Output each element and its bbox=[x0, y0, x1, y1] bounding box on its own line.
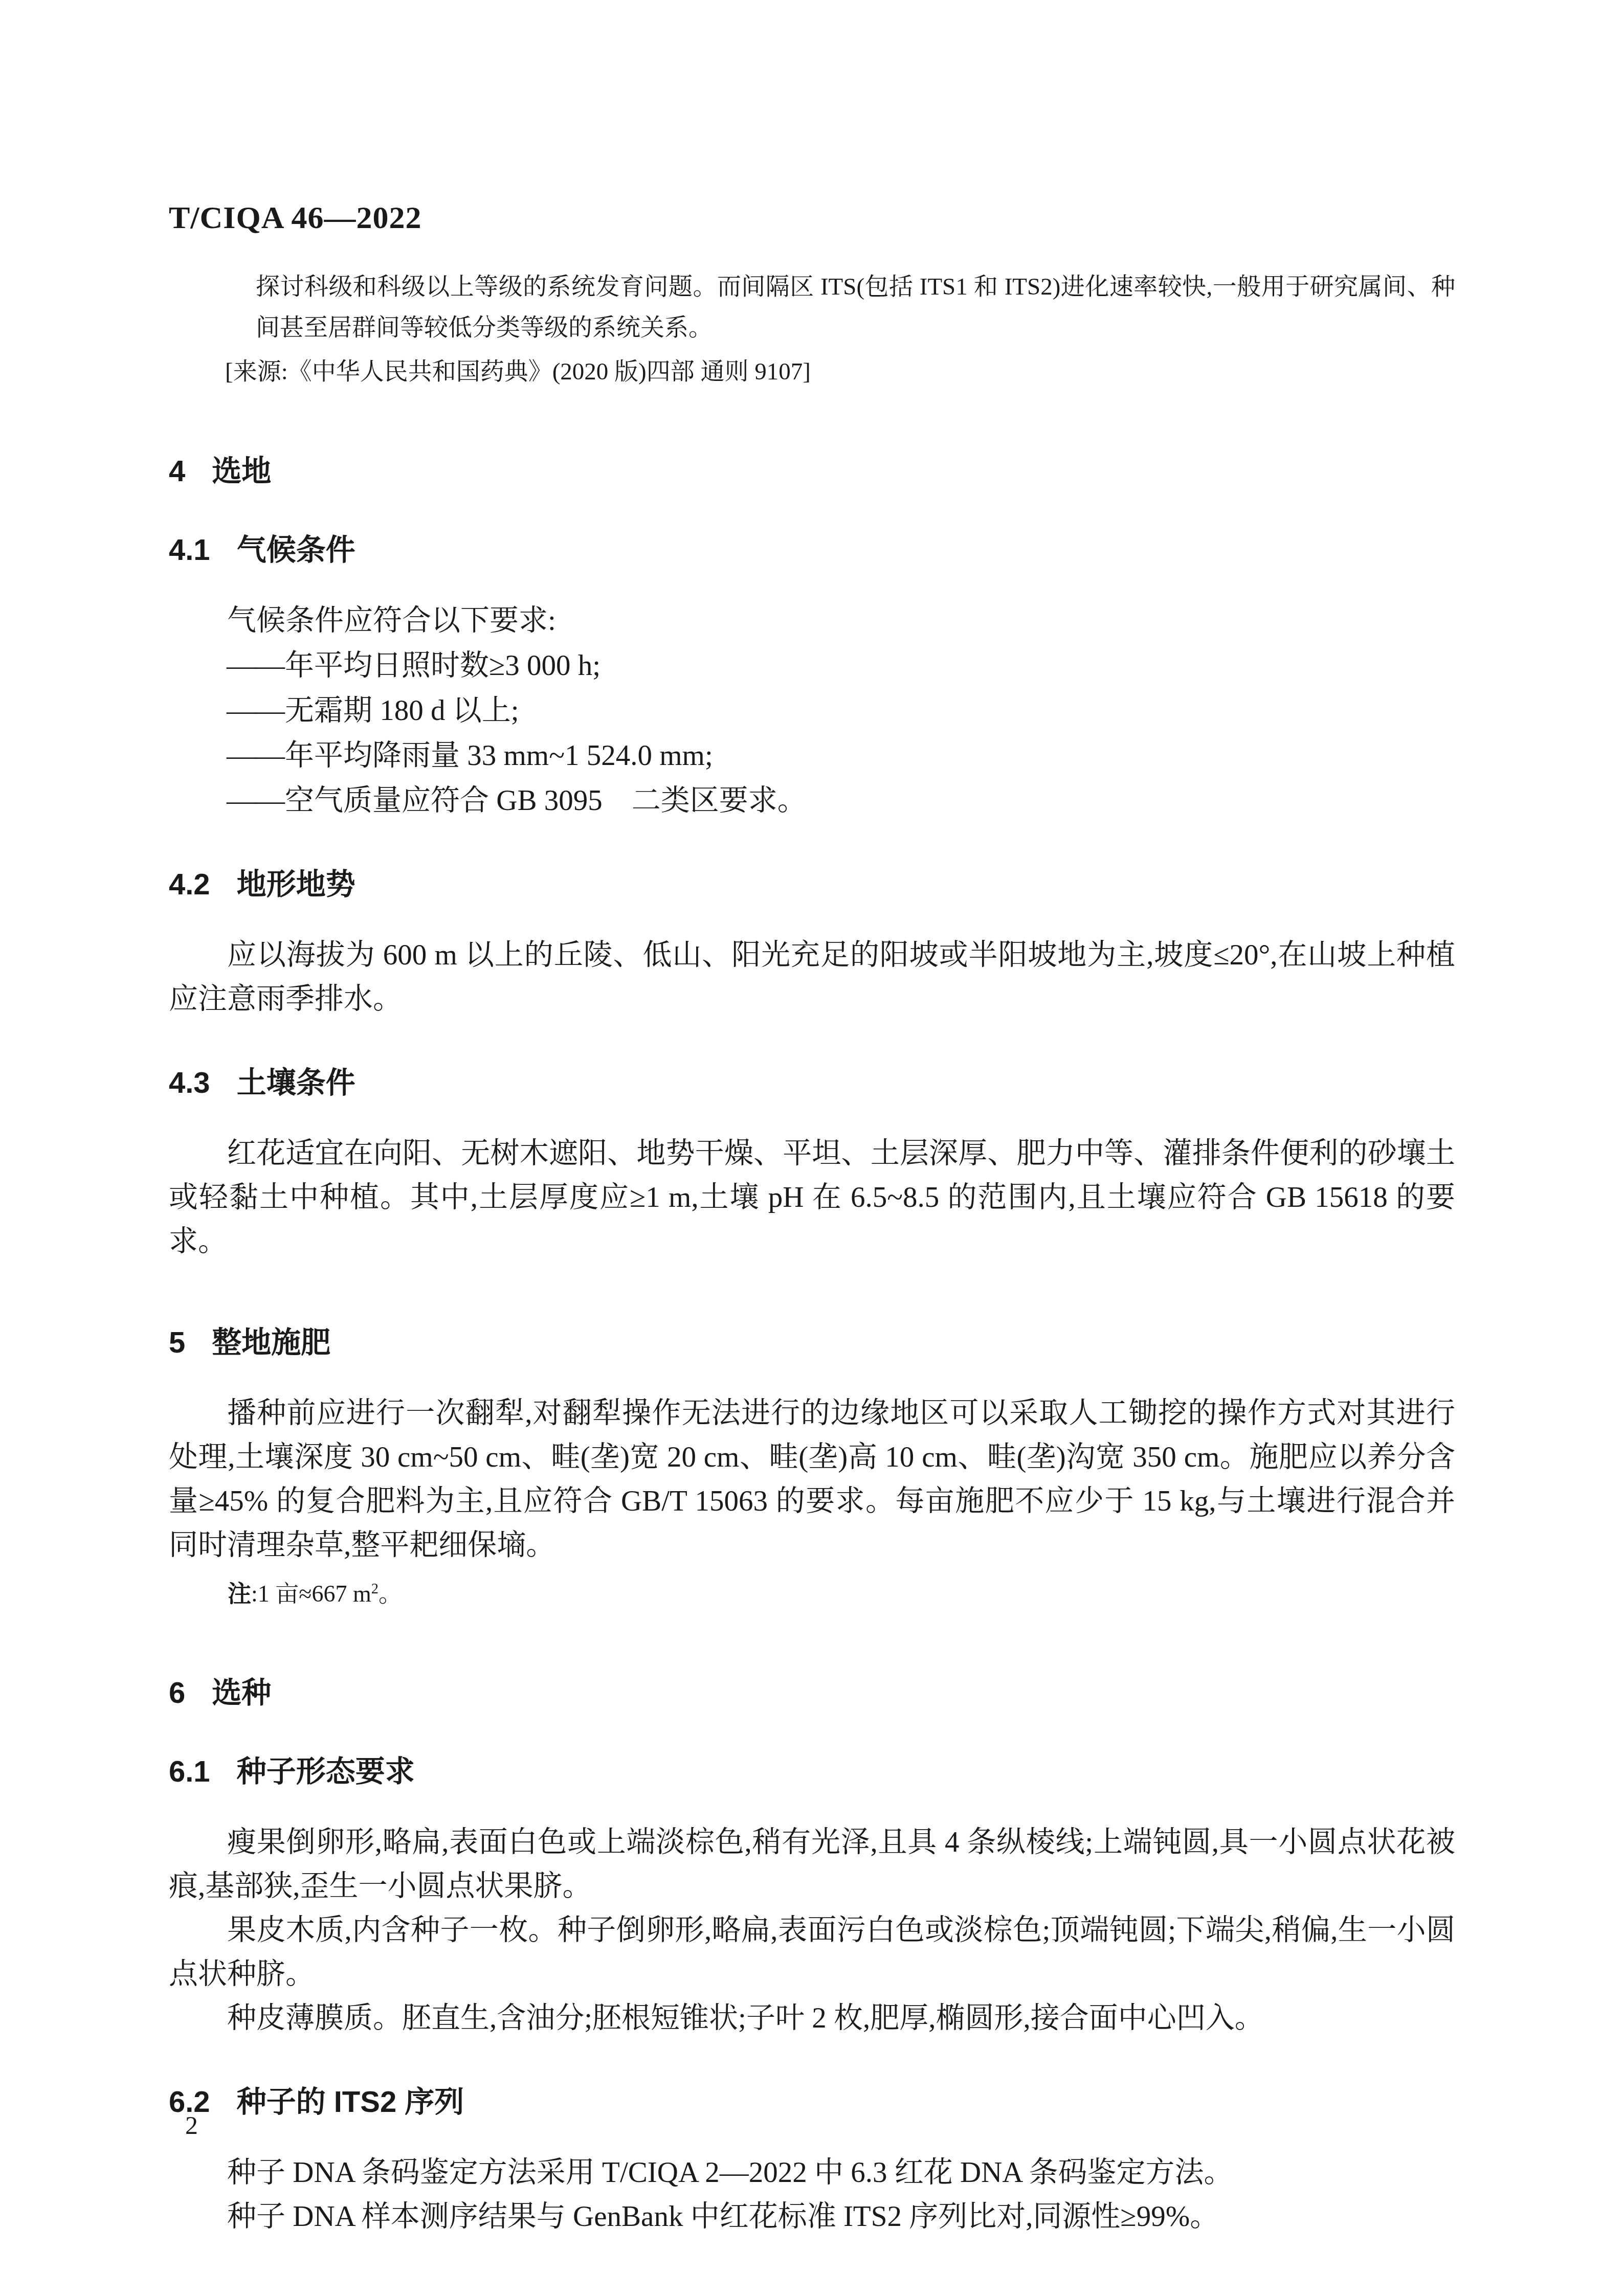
clause-4-1-title: 气候条件 bbox=[237, 533, 355, 567]
clause-6-1-paragraph-1: 瘦果倒卵形,略扁,表面白色或上端淡棕色,稍有光泽,且具 4 条纵棱线;上端钝圆,… bbox=[169, 1820, 1455, 1908]
note-text: :1 亩≈667 m bbox=[251, 1581, 371, 1607]
clause-4-3-number: 4.3 bbox=[169, 1066, 210, 1100]
note-superscript: 2 bbox=[371, 1581, 379, 1597]
clause-4-3-title: 土壤条件 bbox=[237, 1066, 355, 1099]
clause-4-1-number: 4.1 bbox=[169, 533, 210, 567]
clause-6-1-paragraph-2: 果皮木质,内含种子一枚。种子倒卵形,略扁,表面污白色或淡棕色;顶端钝圆;下端尖,… bbox=[169, 1908, 1455, 1996]
list-item: ——无霜期 180 d 以上; bbox=[169, 689, 1455, 733]
list-item: ——年平均日照时数≥3 000 h; bbox=[169, 644, 1455, 688]
clause-4-1-heading: 4.1气候条件 bbox=[169, 533, 1455, 567]
clause-4-1-intro: 气候条件应符合以下要求: bbox=[169, 599, 1455, 643]
note-label: 注 bbox=[228, 1580, 251, 1607]
clause-4-2-heading: 4.2地形地势 bbox=[169, 868, 1455, 902]
list-item: ——年平均降雨量 33 mm~1 524.0 mm; bbox=[169, 734, 1455, 778]
section-6-title: 选种 bbox=[212, 1676, 271, 1709]
clause-4-2-paragraph: 应以海拔为 600 m 以上的丘陵、低山、阳光充足的阳坡或半阳坡地为主,坡度≤2… bbox=[169, 933, 1455, 1021]
section-5-paragraph: 播种前应进行一次翻犁,对翻犁操作无法进行的边缘地区可以采取人工锄挖的操作方式对其… bbox=[169, 1391, 1455, 1567]
clause-4-3-paragraph: 红花适宜在向阳、无树木遮阳、地势干燥、平坦、土层深厚、肥力中等、灌排条件便利的砂… bbox=[169, 1132, 1455, 1264]
section-6-heading: 6选种 bbox=[169, 1676, 1455, 1710]
section-4-title: 选地 bbox=[212, 455, 271, 488]
clause-6-2-paragraph-1: 种子 DNA 条码鉴定方法采用 T/CIQA 2—2022 中 6.3 红花 D… bbox=[169, 2151, 1455, 2195]
document-page: T/CIQA 46—2022 探讨科级和科级以上等级的系统发育问题。而间隔区 I… bbox=[0, 0, 1624, 2296]
clause-6-1-title: 种子形态要求 bbox=[237, 1755, 415, 1788]
section-6-number: 6 bbox=[169, 1676, 185, 1710]
clause-4-2-title: 地形地势 bbox=[237, 868, 355, 901]
section-4-heading: 4选地 bbox=[169, 455, 1455, 488]
requirement-list: ——年平均日照时数≥3 000 h; ——无霜期 180 d 以上; ——年平均… bbox=[169, 644, 1455, 823]
clause-6-1-paragraph-3: 种皮薄膜质。胚直生,含油分;胚根短锥状;子叶 2 枚,肥厚,椭圆形,接合面中心凹… bbox=[169, 1996, 1455, 2040]
clause-6-2-title: 种子的 ITS2 序列 bbox=[237, 2085, 464, 2119]
terminology-definition-text: 探讨科级和科级以上等级的系统发育问题。而间隔区 ITS(包括 ITS1 和 IT… bbox=[256, 266, 1455, 348]
clause-6-2-heading: 6.2种子的 ITS2 序列 bbox=[169, 2085, 1455, 2119]
note-period: 。 bbox=[379, 1581, 402, 1607]
clause-6-1-number: 6.1 bbox=[169, 1755, 210, 1789]
source-reference: [来源:《中华人民共和国药典》(2020 版)四部 通则 9107] bbox=[225, 351, 1455, 392]
section-4-number: 4 bbox=[169, 455, 185, 488]
standard-number-header: T/CIQA 46—2022 bbox=[169, 201, 1455, 235]
clause-4-3-heading: 4.3土壤条件 bbox=[169, 1066, 1455, 1100]
section-5-heading: 5整地施肥 bbox=[169, 1326, 1455, 1360]
clause-4-2-number: 4.2 bbox=[169, 868, 210, 902]
section-5-number: 5 bbox=[169, 1326, 185, 1360]
clause-6-2-paragraph-2: 种子 DNA 样本测序结果与 GenBank 中红花标准 ITS2 序列比对,同… bbox=[169, 2195, 1455, 2239]
list-item: ——空气质量应符合 GB 3095 二类区要求。 bbox=[169, 779, 1455, 823]
section-5-title: 整地施肥 bbox=[212, 1326, 330, 1359]
note: 注:1 亩≈667 m2。 bbox=[228, 1573, 1455, 1614]
clause-6-1-heading: 6.1种子形态要求 bbox=[169, 1755, 1455, 1789]
page-number: 2 bbox=[185, 2111, 198, 2140]
